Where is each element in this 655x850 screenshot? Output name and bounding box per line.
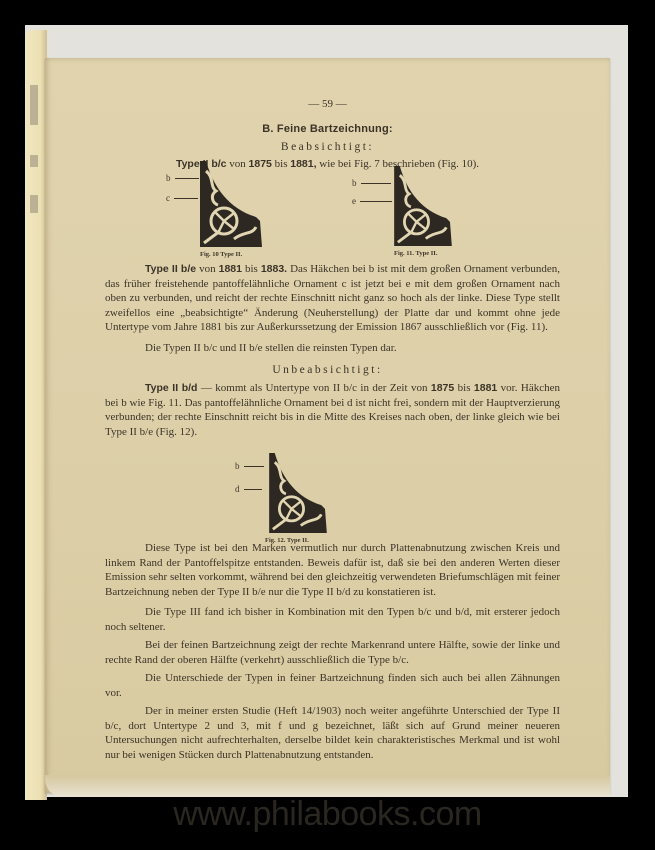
- figure-10: b c Fig. 10 Type II.: [160, 161, 300, 261]
- year: 1883.: [261, 263, 287, 275]
- figure-12: b d Fig. 12. Type II.: [225, 451, 365, 551]
- page-bottom-edge: [45, 775, 610, 797]
- intro-line: Type II b/c von 1875 bis 1881, wie bei F…: [45, 158, 610, 170]
- label-b: b: [352, 178, 357, 188]
- book-page: — 59 — B. Feine Bartzeichnung: Beabsicht…: [45, 58, 610, 793]
- paragraph-first-study: Der in meiner ersten Studie (Heft 14/190…: [105, 704, 560, 762]
- paragraph-perforations: Die Unterschiede der Typen in feiner Bar…: [105, 671, 560, 700]
- text: Diese Type ist bei den Marken vermutlich…: [105, 542, 560, 598]
- label-c: c: [166, 193, 170, 203]
- label-d: d: [235, 484, 240, 494]
- type-label: Type II b/e: [145, 263, 196, 275]
- paragraph-type-be: Type II b/e von 1881 bis 1883. Das Häkch…: [105, 262, 560, 335]
- text: bis: [454, 382, 474, 394]
- ornament-corner-icon: [200, 161, 262, 247]
- label-b: b: [235, 461, 240, 471]
- ornament-corner-icon: [393, 166, 453, 246]
- paragraph-pure-types: Die Typen II b/c und II b/e stellen die …: [105, 341, 560, 356]
- label-e: e: [352, 196, 356, 206]
- text: Die Type III fand ich bisher in Kombinat…: [105, 606, 560, 633]
- text: Bei der feinen Bartzeichnung zeigt der r…: [105, 639, 560, 666]
- section-title: B. Feine Bartzeichnung:: [45, 123, 610, 135]
- text: Der in meiner ersten Studie (Heft 14/190…: [105, 705, 560, 761]
- text: Die Unterschiede der Typen in feiner Bar…: [105, 672, 560, 699]
- text: bis: [242, 263, 261, 275]
- paragraph-type-bd: Type II b/d — kommt als Untertype von II…: [105, 381, 560, 439]
- paragraph-plate-wear: Diese Type ist bei den Marken vermutlich…: [105, 541, 560, 599]
- label-b: b: [166, 173, 171, 183]
- paragraph-margins: Bei der feinen Bartzeichnung zeigt der r…: [105, 638, 560, 667]
- year: 1881: [219, 263, 242, 275]
- figure-caption: Fig. 10 Type II.: [200, 251, 242, 258]
- facing-page-edge: [25, 30, 47, 800]
- text: von: [196, 263, 219, 275]
- watermark-url: www.philabooks.com: [0, 795, 655, 834]
- figure-caption: Fig. 11. Type II.: [394, 250, 437, 257]
- heading-intended: Beabsichtigt:: [45, 141, 610, 153]
- paragraph-type-iii: Die Type III fand ich bisher in Kombinat…: [105, 605, 560, 634]
- year: 1875: [431, 382, 454, 394]
- heading-unintended: Unbeabsichtigt:: [45, 364, 610, 376]
- type-label: Type II b/d: [145, 382, 197, 394]
- text: — kommt als Untertype von II b/c in der …: [197, 382, 430, 394]
- figure-11: b e Fig. 11. Type II.: [350, 166, 490, 266]
- year: 1881: [474, 382, 497, 394]
- text: Die Typen II b/c und II b/e stellen die …: [145, 342, 397, 354]
- page-number: — 59 —: [45, 98, 610, 110]
- ornament-corner-icon: [269, 453, 327, 533]
